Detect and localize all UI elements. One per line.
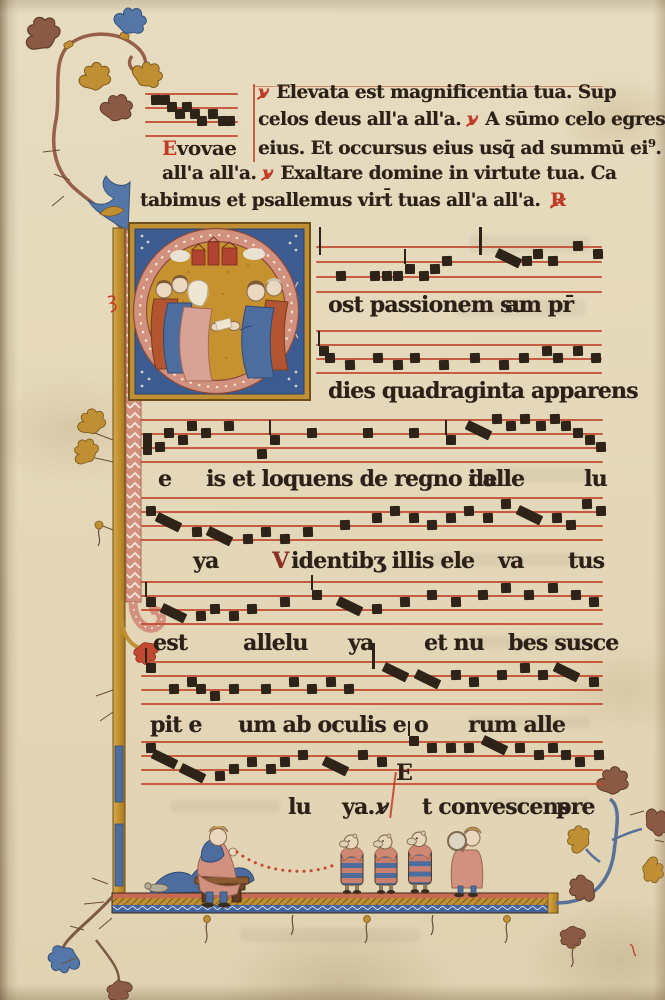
chant-lyric: va xyxy=(498,548,523,574)
ape-chorister xyxy=(340,834,364,894)
chant-note xyxy=(150,749,178,769)
staff-line xyxy=(141,461,603,463)
chant-note xyxy=(469,677,479,687)
chant-note xyxy=(370,271,380,281)
chant-note xyxy=(400,597,410,607)
chant-note xyxy=(178,763,206,783)
chant-note xyxy=(146,597,156,607)
staff-line xyxy=(316,330,602,332)
chant-stave xyxy=(141,581,603,625)
white-cloud xyxy=(170,250,190,262)
chant-note xyxy=(270,435,280,445)
chant-lyric: identibʒ illis ele xyxy=(291,548,474,574)
chant-note xyxy=(319,227,322,256)
chant-stave xyxy=(145,93,238,137)
bleedthrough-shadow xyxy=(240,928,420,942)
chant-note xyxy=(201,428,211,438)
chant-note xyxy=(344,360,354,370)
chant-lyric-line: estalleluyaet nubes susce xyxy=(0,630,665,658)
chant-lyric-line: dies quadraginta apparens xyxy=(0,378,665,406)
chant-lyric: um ab oculis e xyxy=(238,712,406,738)
red-dotted-cord xyxy=(237,852,336,871)
chant-lyric: bes susce xyxy=(508,630,618,656)
bottom-border-bar xyxy=(84,864,558,929)
chant-note xyxy=(515,743,525,753)
chant-lyric: E xyxy=(396,764,412,783)
chant-note xyxy=(196,611,206,621)
chant-stave xyxy=(316,330,602,374)
chant-note xyxy=(570,590,580,600)
chant-note xyxy=(409,428,419,438)
chant-note xyxy=(534,750,544,760)
chant-note xyxy=(155,512,183,532)
chant-note xyxy=(381,662,409,682)
chant-lyric: o xyxy=(414,712,428,738)
chant-note xyxy=(390,506,400,516)
staff-line xyxy=(141,419,603,421)
chant-note xyxy=(497,670,507,680)
chant-note xyxy=(160,603,188,623)
small-creature xyxy=(145,883,168,892)
chant-note xyxy=(335,596,363,616)
chant-note xyxy=(430,263,440,273)
chant-note xyxy=(478,590,488,600)
chant-note xyxy=(547,583,557,593)
staff-line xyxy=(316,261,602,263)
chant-note xyxy=(393,360,403,370)
chant-lyric: pre xyxy=(556,794,595,820)
chant-note xyxy=(442,256,452,266)
header-text-line: celos deus all'a all'a. v A sūmo celo eg… xyxy=(258,109,665,130)
chant-lyric: ya. xyxy=(342,794,374,820)
chant-note xyxy=(446,743,456,753)
chant-lyric-line: ost passionem suam pr̄ xyxy=(0,292,665,320)
chant-note xyxy=(427,520,437,530)
chant-note xyxy=(146,663,156,673)
chant-note xyxy=(242,534,252,544)
chant-note xyxy=(164,428,174,438)
chant-note xyxy=(372,604,382,614)
staff-line xyxy=(141,675,603,677)
chant-lyric: is et loquens de regno de xyxy=(206,466,496,492)
chant-note xyxy=(450,670,460,680)
staff-line xyxy=(316,246,602,248)
chant-note xyxy=(593,248,603,258)
chant-note xyxy=(145,506,155,516)
chant-note xyxy=(450,597,460,607)
chant-note xyxy=(225,116,235,126)
chant-note xyxy=(590,353,600,363)
header-text: v xyxy=(467,109,477,130)
white-object xyxy=(215,318,232,330)
chant-note xyxy=(289,677,299,687)
chant-note xyxy=(155,442,165,452)
chant-lyric-line: eis et loquens de regno dei allelu xyxy=(0,466,665,494)
header-text: celos deus all'a all'a. xyxy=(258,109,467,130)
evovae-label: Evovae xyxy=(162,136,237,160)
chant-note xyxy=(215,771,225,781)
header-text: all'a all'a. xyxy=(162,163,262,184)
chant-lyric: v xyxy=(376,794,388,820)
chant-lyric: lu xyxy=(288,794,311,820)
chant-lyric: pit e xyxy=(150,712,202,738)
header-text-line: tabimus et psallemus virt̄ tuas all'a al… xyxy=(140,190,565,211)
chant-note xyxy=(538,670,548,680)
corner-acanthus xyxy=(150,864,254,893)
chant-lyric: e xyxy=(158,466,171,492)
chant-note xyxy=(307,428,317,438)
staff-line xyxy=(141,783,603,785)
bench xyxy=(195,877,249,902)
chant-note xyxy=(210,604,220,614)
staff-line xyxy=(141,447,603,449)
chant-note xyxy=(143,433,152,455)
chant-note xyxy=(520,414,530,424)
chant-lyric: ya xyxy=(193,548,218,574)
chant-lyric: rum alle xyxy=(468,712,565,738)
staff-line xyxy=(141,581,603,583)
chant-note xyxy=(573,428,583,438)
chant-note xyxy=(247,757,257,767)
chant-note xyxy=(524,590,534,600)
chant-note xyxy=(206,526,234,546)
chant-note xyxy=(372,513,382,523)
chant-note xyxy=(492,414,502,424)
chant-note xyxy=(542,346,552,356)
chant-lyric: dies quadraginta apparens xyxy=(328,378,638,404)
chant-lyric: V xyxy=(272,548,288,574)
header-text-line: eius. Et occursus eius usq̄ ad summū ei9… xyxy=(258,136,661,159)
virgin-and-companions-left xyxy=(151,275,221,381)
staff-line xyxy=(316,372,602,374)
chant-note xyxy=(178,435,188,445)
chant-lyric: est xyxy=(153,630,187,656)
chant-note xyxy=(224,421,234,431)
staff-line xyxy=(145,135,238,137)
chant-note xyxy=(561,750,571,760)
chant-stave xyxy=(141,741,603,785)
header-text: v xyxy=(258,82,268,103)
chant-note xyxy=(439,360,449,370)
chant-note xyxy=(405,264,415,274)
chant-lyric: et nu xyxy=(424,630,484,656)
ape-chorister xyxy=(407,831,431,893)
chant-note xyxy=(247,604,257,614)
chant-note xyxy=(596,442,606,452)
chant-note xyxy=(427,590,437,600)
chant-note xyxy=(552,513,562,523)
margin-red-squiggle xyxy=(630,944,636,956)
bottom-left-vine xyxy=(44,897,136,1000)
chant-stave xyxy=(141,419,603,463)
staff-line xyxy=(141,497,603,499)
chant-note xyxy=(446,435,456,445)
chant-lyric: ost passionem su xyxy=(328,292,527,318)
chant-note xyxy=(553,353,563,363)
chant-note xyxy=(192,527,202,537)
staff-line xyxy=(316,276,602,278)
chant-note xyxy=(547,743,557,753)
chant-lyric-line: luya.vEt convescenspre xyxy=(0,794,665,822)
chant-note xyxy=(382,271,392,281)
chant-note xyxy=(522,256,532,266)
chant-note xyxy=(229,684,239,694)
chant-stave xyxy=(316,246,602,293)
chant-note xyxy=(312,590,322,600)
chant-note xyxy=(464,506,474,516)
chant-note xyxy=(575,757,585,767)
chant-note xyxy=(495,248,523,268)
chant-note xyxy=(550,414,560,424)
white-cloud xyxy=(243,248,265,260)
chant-note xyxy=(256,449,266,459)
chant-note xyxy=(197,116,207,126)
chant-note xyxy=(589,597,599,607)
header-text: tabimus et psallemus virt̄ tuas all'a al… xyxy=(140,190,546,211)
chant-note xyxy=(414,669,442,689)
chant-note xyxy=(573,241,583,251)
chant-note xyxy=(261,684,271,694)
header-text: . xyxy=(655,138,661,159)
bottom-right-vine xyxy=(556,765,665,950)
manuscript-page: v Elevata est magnificentia tua. Supcelo… xyxy=(0,0,665,1000)
red-city-buildings xyxy=(170,237,265,265)
chant-note xyxy=(464,743,474,753)
chant-lyric-line: yaVidentibʒ illis elevatus xyxy=(0,548,665,576)
chant-note xyxy=(336,271,346,281)
staff-line xyxy=(141,623,603,625)
chant-note xyxy=(520,663,530,673)
chant-note xyxy=(566,520,576,530)
header-text: v xyxy=(262,163,272,184)
chant-stave xyxy=(141,497,603,541)
chant-note xyxy=(479,227,482,256)
chant-note xyxy=(169,684,179,694)
chant-note xyxy=(536,421,546,431)
evovae-initial: E xyxy=(162,136,177,160)
staff-line xyxy=(316,344,602,346)
chant-note xyxy=(303,527,313,537)
chant-note xyxy=(358,750,368,760)
chant-lyric: allelu xyxy=(243,630,308,656)
column-divider-line xyxy=(253,84,255,162)
staff-line xyxy=(141,741,603,743)
chant-note xyxy=(427,743,437,753)
chant-note xyxy=(321,756,349,776)
timbrel xyxy=(448,832,466,850)
chant-lyric: tus xyxy=(568,548,604,574)
chant-note xyxy=(363,428,373,438)
ape-chorister xyxy=(374,834,398,894)
chant-note xyxy=(561,421,571,431)
chant-note xyxy=(596,506,606,516)
chant-note xyxy=(594,750,604,760)
chant-lyric: lu xyxy=(584,466,607,492)
header-text: Elevata est magnificentia tua. Sup xyxy=(270,82,616,103)
evovae-rest: vovae xyxy=(177,136,237,160)
chant-note xyxy=(326,677,336,687)
chant-note xyxy=(573,346,583,356)
chant-note xyxy=(547,256,557,266)
chant-note xyxy=(552,662,580,682)
chant-note xyxy=(409,513,419,523)
chant-note xyxy=(470,353,480,363)
header-text: eius. Et occursus eius usq̄ ad summū ei xyxy=(258,138,648,159)
chant-note xyxy=(279,597,289,607)
staff-line xyxy=(141,703,603,705)
header-text: Exaltare domine in virtute tua. Ca xyxy=(274,163,616,184)
chant-note xyxy=(465,420,493,440)
chant-note xyxy=(419,271,429,281)
chant-note xyxy=(229,611,239,621)
chant-note xyxy=(187,421,197,431)
chant-note xyxy=(344,684,354,694)
chant-note xyxy=(393,271,403,281)
chant-lyric-line: pit eum ab oculis eorum alle xyxy=(0,712,665,740)
chant-note xyxy=(279,534,289,544)
chant-note xyxy=(208,109,218,119)
header-text-line: v Elevata est magnificentia tua. Sup xyxy=(258,82,616,103)
chant-note xyxy=(196,684,206,694)
chant-note xyxy=(519,353,529,363)
chant-note xyxy=(499,360,509,370)
chant-note xyxy=(210,691,220,701)
timbrel-player xyxy=(448,827,483,897)
chant-note xyxy=(446,513,456,523)
chant-stave xyxy=(141,661,603,705)
chant-note xyxy=(506,421,516,431)
chant-lyric: ya xyxy=(348,630,373,656)
header-text: A sūmo celo egressio xyxy=(479,109,665,130)
seated-keeper xyxy=(198,826,240,908)
staff-line xyxy=(141,769,603,771)
chant-note xyxy=(339,520,349,530)
chant-note xyxy=(307,684,317,694)
chant-note xyxy=(584,435,594,445)
chant-note xyxy=(298,750,308,760)
chant-note xyxy=(501,499,511,509)
staff-line xyxy=(141,539,603,541)
chant-lyric: t convescens xyxy=(422,794,569,820)
chant-note xyxy=(533,248,543,258)
chant-note xyxy=(266,764,276,774)
header-text-line: all'a all'a. v Exaltare domine in virtut… xyxy=(162,163,616,184)
chant-note xyxy=(483,513,493,523)
chant-note xyxy=(501,583,511,593)
chant-note xyxy=(376,757,386,767)
chant-note xyxy=(261,527,271,537)
chant-note xyxy=(582,499,592,509)
chant-note xyxy=(373,353,383,363)
chant-note xyxy=(410,353,420,363)
chant-note xyxy=(515,505,543,525)
chant-note xyxy=(279,757,289,767)
chant-note xyxy=(324,353,334,363)
chant-lyric: i alle xyxy=(468,466,524,492)
header-text: R xyxy=(550,190,565,211)
chant-lyric: am pr̄ xyxy=(505,292,573,318)
chant-note xyxy=(229,764,239,774)
chant-note xyxy=(589,677,599,687)
